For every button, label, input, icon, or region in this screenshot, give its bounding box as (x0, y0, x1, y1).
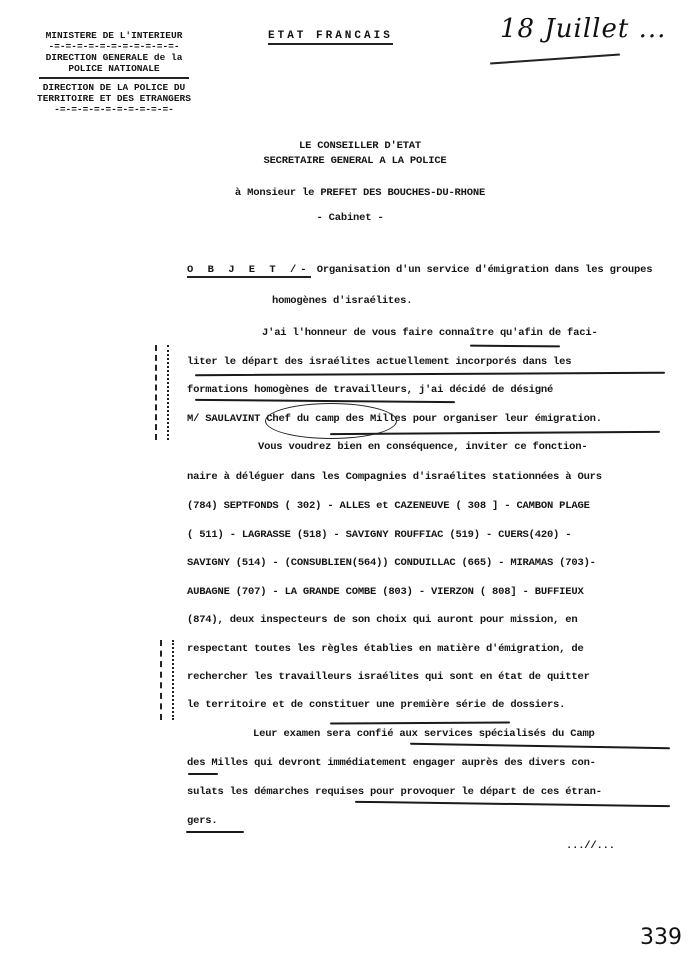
pen-underline (410, 743, 670, 750)
police-nationale-line: POLICE NATIONALE (14, 63, 214, 74)
ministry-line: MINISTERE DE L'INTERIEUR (14, 30, 214, 41)
direction-line: DIRECTION GENERALE de la (14, 52, 214, 63)
body-line: naire à déléguer dans les Compagnies d'i… (187, 471, 602, 483)
body-line: gers. (187, 815, 218, 827)
body-line: des Milles qui devront immédiatement eng… (187, 757, 596, 769)
handwritten-underline (490, 53, 620, 64)
body-line: respectant toutes les règles établies en… (187, 643, 584, 655)
margin-bracket-mark (160, 640, 174, 720)
body-line: AUBAGNE (707) - LA GRANDE COMBE (803) - … (187, 586, 584, 598)
ministry-divider: -=-=-=-=-=-=-=-=-=-=-=- (14, 41, 214, 52)
body-line: rechercher les travailleurs israélites q… (187, 671, 590, 683)
pen-underline (470, 345, 560, 348)
body-line: le territoire et de constituer une premi… (187, 699, 565, 711)
body-line: (874), deux inspecteurs de son choix qui… (187, 614, 577, 626)
margin-bracket-mark (155, 345, 169, 440)
continuation-mark: ...//... (566, 840, 615, 852)
objet-text-2: homogènes d'israélites. (272, 295, 412, 307)
body-line: Vous voudrez bien en conséquence, invite… (258, 441, 587, 453)
header-rule (39, 77, 189, 79)
sender-title: LE CONSEILLER D'ETAT (10, 140, 700, 152)
objet-label: O B J E T /- (187, 264, 311, 278)
body-line: SAVIGNY (514) - (CONSUBLIEN(564)) CONDUI… (187, 557, 596, 569)
pen-underline (195, 372, 665, 376)
body-line: formations homogènes de travailleurs, j'… (187, 384, 553, 396)
recipient-line: à Monsieur le PREFET DES BOUCHES-DU-RHON… (10, 187, 700, 199)
pen-underline (355, 801, 670, 807)
sub-direction-line-2: TERRITOIRE ET DES ETRANGERS (14, 93, 214, 104)
pen-underline (188, 773, 218, 775)
body-line: sulats les démarches requises pour provo… (187, 786, 602, 798)
body-line: ( 511) - LAGRASSE (518) - SAVIGNY ROUFFI… (187, 529, 571, 541)
sub-direction-line: DIRECTION DE LA POLICE DU (14, 82, 214, 93)
body-line: (784) SEPTFONDS ( 302) - ALLES et CAZENE… (187, 500, 590, 512)
objet-text: Organisation d'un service d'émigration d… (317, 264, 653, 276)
objet-block: O B J E T /- Organisation d'un service d… (187, 264, 652, 276)
pen-underline (186, 831, 244, 833)
sender-subtitle: SECRETAIRE GENERAL A LA POLICE (5, 155, 700, 167)
ministry-header: MINISTERE DE L'INTERIEUR -=-=-=-=-=-=-=-… (14, 30, 214, 115)
state-header: ETAT FRANCAIS (268, 30, 393, 45)
body-line: liter le départ des israélites actuellem… (187, 356, 571, 368)
sub-direction-divider: -=-=-=-=-=-=-=-=-=-=- (14, 104, 214, 115)
body-line: Leur examen sera confié aux services spé… (253, 728, 595, 740)
handwritten-note: 18 Juillet ... (500, 14, 666, 44)
body-line: J'ai l'honneur de vous faire connaître q… (262, 327, 598, 339)
pen-circle (265, 403, 397, 439)
page-number: 339 (640, 925, 682, 950)
pen-underline (330, 722, 510, 725)
recipient-cabinet: - Cabinet - (0, 212, 700, 224)
